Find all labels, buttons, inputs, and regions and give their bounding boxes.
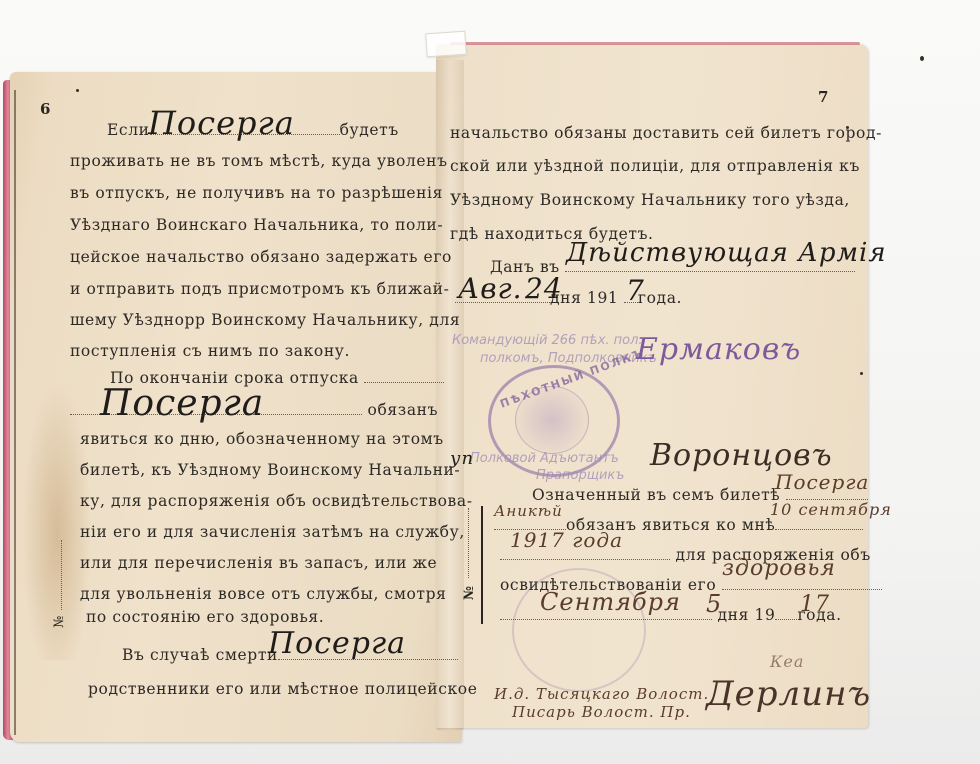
sec2-handwritten-year-digits: 17	[800, 592, 830, 617]
sec2-handwritten-year: 1917 года	[510, 528, 623, 552]
speck	[846, 126, 849, 129]
side-mark: уп	[450, 448, 474, 469]
sec2-line5-label: дня 19	[718, 606, 776, 624]
sec2-handwritten-health: здоровья	[722, 556, 836, 581]
fill-line	[565, 270, 855, 272]
left-p3-line2: родственники его или мѣстное полицейское	[88, 680, 477, 698]
tape-piece	[425, 31, 467, 58]
right-cont-line2: ской или уѣздной полиціи, для отправлені…	[450, 157, 860, 175]
sec2-line1-label: Означенный въ семъ билетѣ	[532, 486, 780, 504]
left-p1-line8: поступленія съ нимъ по закону.	[70, 342, 350, 360]
sec2-handwritten-day: 5	[706, 590, 722, 618]
margin-number-line-right	[468, 508, 469, 578]
handwritten-name-2: Посерга	[100, 383, 264, 424]
adjutant-signature: Воронцовъ	[650, 438, 833, 473]
page-number-right: 7	[818, 88, 828, 106]
left-p1-line7: шему Уѣзднорр Воинскому Начальнику, для	[70, 311, 460, 329]
handwritten-name-1: Посерга	[148, 104, 295, 142]
right-page-red-edge	[450, 42, 860, 45]
left-p1-line6: и отправить подъ присмотромъ къ ближай-	[70, 280, 449, 298]
left-p2-line8: для увольненія вовсе отъ службы, смотря	[80, 585, 447, 603]
main-signature: Дерлинъ	[706, 674, 871, 714]
binding-edge-line	[14, 90, 16, 735]
margin-number-left: №	[52, 616, 67, 628]
handwritten-year-digit: 7	[626, 274, 645, 307]
fill-line	[364, 381, 444, 383]
page-number-left: 6	[40, 100, 50, 118]
speck	[76, 89, 79, 92]
text-prefix: Въ случаѣ смерти	[122, 646, 278, 664]
left-p2-line7: или для перечисленія въ запасъ, или же	[80, 554, 437, 572]
margin-number-right: №	[462, 586, 477, 600]
left-p2-line9: по состоянію его здоровья.	[86, 608, 324, 626]
sec2-handwritten-surname: Посерга	[775, 470, 869, 494]
stamp-line1: Командующій 266 пѣх. пол.	[452, 333, 643, 348]
fill-line	[722, 588, 882, 590]
margin-number-line-left	[61, 540, 62, 610]
fill-line	[775, 528, 863, 530]
left-p1-line5: цейское начальство обязано задержать его	[70, 248, 452, 266]
small-mark: Кеа	[770, 652, 804, 671]
faded-seal	[512, 568, 646, 692]
speck	[920, 56, 924, 61]
right-cont-line3: Уѣздному Воинскому Начальнику того уѣзда…	[450, 191, 850, 209]
footer-sig-line2: Писарь Волост. Пр.	[512, 703, 691, 721]
text-suffix: обязанъ	[368, 401, 439, 419]
handwritten-place: Дѣйствующая Армія	[566, 238, 887, 268]
right-cont-line1: начальство обязаны доставить сей билетъ …	[450, 124, 882, 142]
handwritten-name-3: Посерга	[268, 626, 406, 661]
left-p1-line4: Уѣзднаго Воинскаго Начальника, то поли-	[70, 216, 443, 234]
left-p2-line5: ку, для распоряженія объ освидѣтельствов…	[80, 492, 473, 510]
left-p2-line6: ніи его и для зачисленія затѣмъ на служб…	[80, 523, 465, 541]
margin-bar	[481, 506, 483, 624]
sec2-handwritten-firstname: Аникѣй	[494, 502, 563, 520]
text-prefix: Если	[107, 121, 150, 139]
stamp-line4: Прапорщикъ	[536, 468, 624, 483]
commander-signature: Ермаковъ	[636, 332, 801, 367]
handwritten-day: 24	[525, 272, 563, 305]
sec2-handwritten-report-date: 10 сентября	[770, 500, 892, 519]
left-p1-line3: въ отпускъ, не получивъ на то разрѣшенія	[70, 184, 443, 202]
left-p2-line4: билетѣ, къ Уѣздному Воинскому Начальни-	[80, 461, 460, 479]
text-suffix: будетъ	[340, 121, 399, 139]
left-p1-line2: проживать не въ томъ мѣстѣ, куда уволенъ	[70, 152, 448, 170]
left-p2-line3: явиться ко дню, обозначенному на этомъ	[80, 430, 444, 448]
fill-line	[500, 558, 670, 560]
speck	[860, 372, 863, 375]
fill-line	[775, 618, 797, 620]
stamp-line3: Полковой Адъютантъ	[470, 451, 619, 466]
handwritten-month: Авг.	[458, 272, 523, 305]
footer-sig-line1: И.д. Тысяцкаго Волост.	[494, 685, 709, 703]
